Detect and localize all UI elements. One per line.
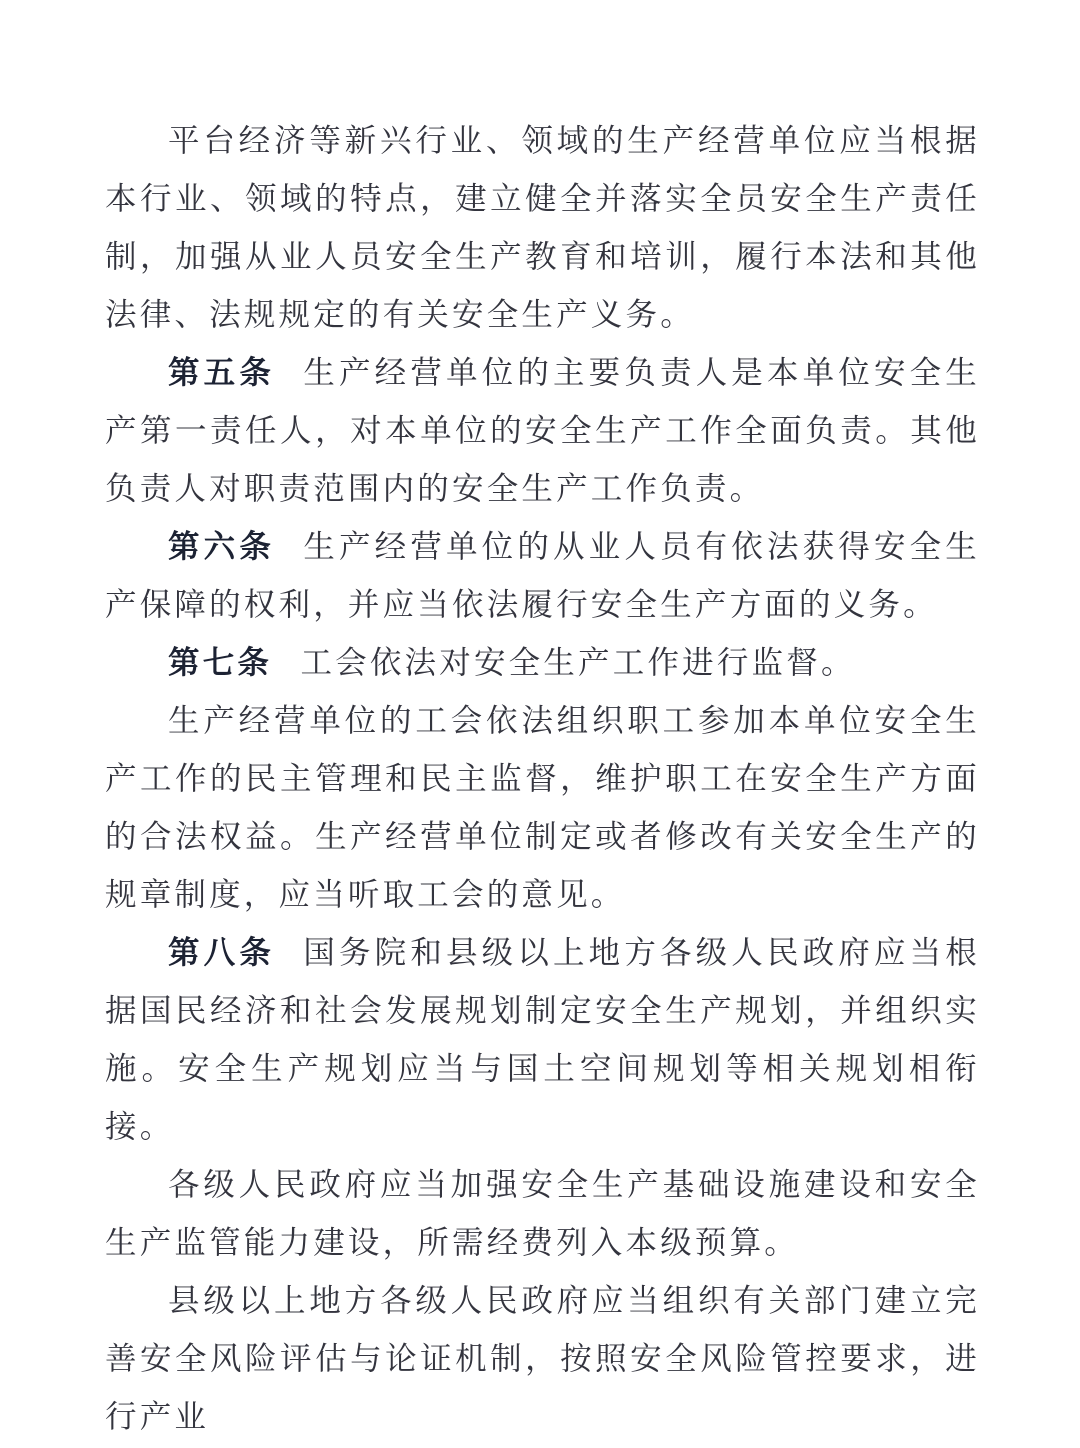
paragraph-text: 生产经营单位的工会依法组织职工参加本单位安全生产工作的民主管理和民主监督，维护职…	[105, 703, 980, 913]
article-number: 第五条	[168, 355, 275, 391]
paragraph-article-7: 第七条工会依法对安全生产工作进行监督。	[105, 634, 980, 692]
paragraph-text: 平台经济等新兴行业、领域的生产经营单位应当根据本行业、领域的特点，建立健全并落实…	[105, 123, 980, 333]
paragraph-text: 县级以上地方各级人民政府应当组织有关部门建立完善安全风险评估与论证机制，按照安全…	[105, 1283, 980, 1435]
paragraph-article-5: 第五条生产经营单位的主要负责人是本单位安全生产第一责任人，对本单位的安全生产工作…	[105, 344, 980, 518]
paragraph-infrastructure-budget: 各级人民政府应当加强安全生产基础设施建设和安全生产监管能力建设，所需经费列入本级…	[105, 1156, 980, 1272]
article-number: 第八条	[168, 935, 275, 971]
article-number: 第六条	[168, 529, 275, 565]
paragraph-article-6: 第六条生产经营单位的从业人员有依法获得安全生产保障的权利，并应当依法履行安全生产…	[105, 518, 980, 634]
document-page: 平台经济等新兴行业、领域的生产经营单位应当根据本行业、领域的特点，建立健全并落实…	[105, 112, 980, 1446]
article-number: 第七条	[168, 645, 272, 681]
paragraph-risk-assessment: 县级以上地方各级人民政府应当组织有关部门建立完善安全风险评估与论证机制，按照安全…	[105, 1272, 980, 1446]
paragraph-text: 各级人民政府应当加强安全生产基础设施建设和安全生产监管能力建设，所需经费列入本级…	[105, 1167, 980, 1261]
paragraph-text: 工会依法对安全生产工作进行监督。	[300, 645, 855, 681]
paragraph-article-8: 第八条国务院和县级以上地方各级人民政府应当根据国民经济和社会发展规划制定安全生产…	[105, 924, 980, 1156]
paragraph-union-participation: 生产经营单位的工会依法组织职工参加本单位安全生产工作的民主管理和民主监督，维护职…	[105, 692, 980, 924]
paragraph-platform-economy: 平台经济等新兴行业、领域的生产经营单位应当根据本行业、领域的特点，建立健全并落实…	[105, 112, 980, 344]
